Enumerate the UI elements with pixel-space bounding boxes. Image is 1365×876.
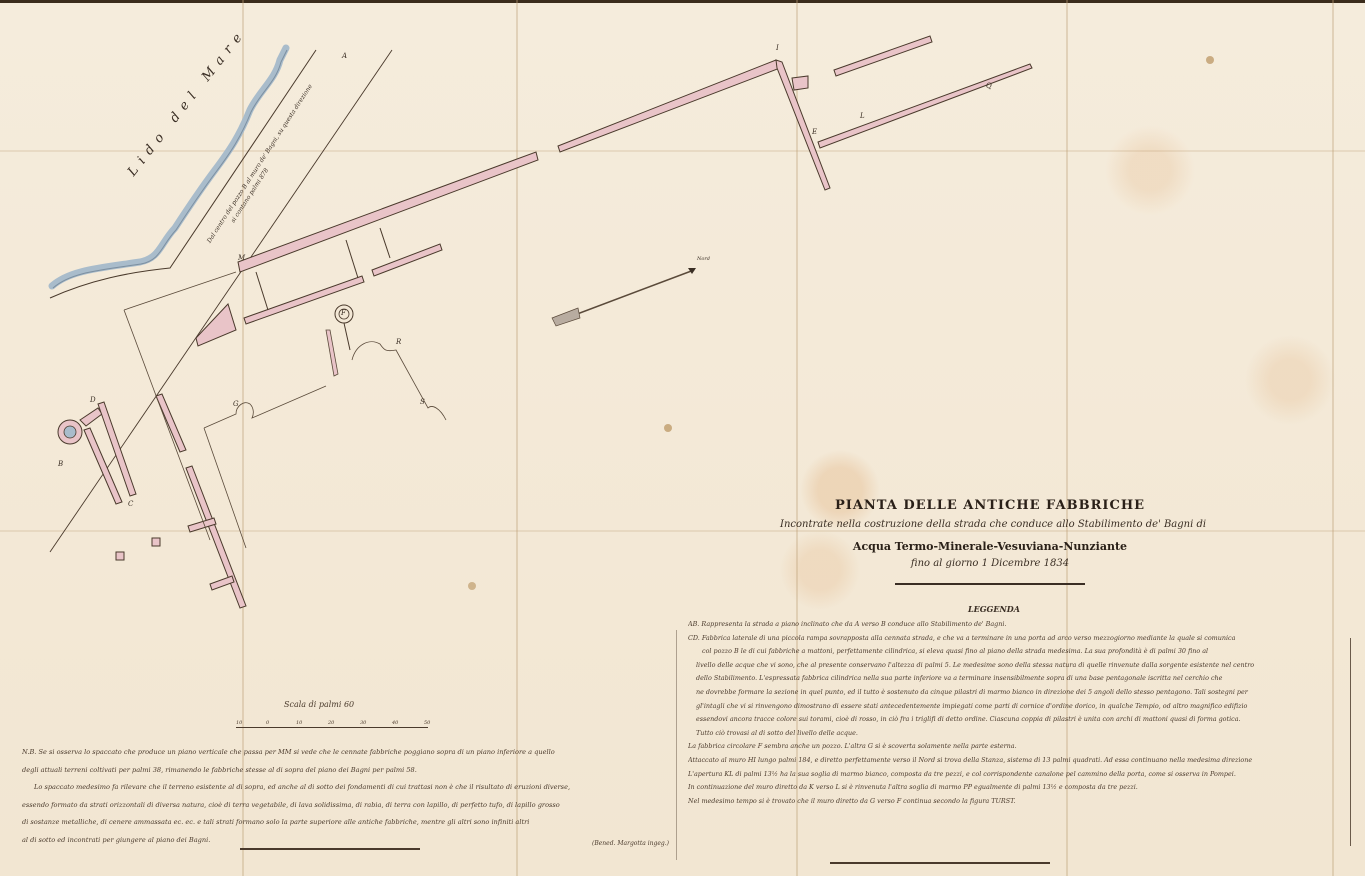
notes-divider xyxy=(240,848,420,850)
point-label-A: A xyxy=(342,52,347,60)
point-label-I: I xyxy=(776,44,779,52)
point-label-F: F xyxy=(341,309,346,317)
legend-entry: col pozzo B le di cui fabbriche a matton… xyxy=(688,645,1348,659)
legend-entry: ne dovrebbe formare la sezione in quel p… xyxy=(688,686,1348,700)
point-label-M: M xyxy=(238,254,245,262)
scale-tick: 10 xyxy=(236,720,242,726)
map-subtitle: Incontrate nella costruzione della strad… xyxy=(780,519,1180,530)
scale-tick: 20 xyxy=(328,720,334,726)
legend-entry: AB. Rappresenta la strada a piano inclin… xyxy=(688,618,1348,632)
point-label-B: B xyxy=(58,460,63,468)
note-line: N.B. Se si osserva lo spaccato che produ… xyxy=(22,744,662,762)
north-arrow-label: Nord xyxy=(697,256,710,262)
note-line: di sostanze metalliche, di cenere ammass… xyxy=(22,814,662,832)
point-label-L: L xyxy=(860,112,865,120)
legend-entry: La fabbrica circolare F sembra anche un … xyxy=(688,740,1348,754)
note-line: al di sotto ed incontrati per giungere a… xyxy=(22,832,662,850)
wall-CD xyxy=(80,402,136,504)
title-divider xyxy=(895,583,1085,585)
signature: (Bened. Margotta ingeg.) xyxy=(592,840,669,847)
legend: AB. Rappresenta la strada a piano inclin… xyxy=(688,618,1348,808)
point-label-S: S xyxy=(420,398,425,406)
point-label-D: D xyxy=(90,396,96,404)
legend-entry: Attaccato al muro HI lungo palmi 184, e … xyxy=(688,754,1348,768)
notes: N.B. Se si osserva lo spaccato che produ… xyxy=(22,744,662,849)
scale-bar xyxy=(236,727,428,728)
legend-entry: essendovi ancora tracce colore sui toram… xyxy=(688,713,1348,727)
legend-entry: dello Stabilimento. L'espressata fabbric… xyxy=(688,672,1348,686)
legend-entry: Tutto ciò trovasi al di sotto del livell… xyxy=(688,727,1348,741)
scale-tick: 40 xyxy=(392,720,398,726)
legend-entry: Nel medesimo tempo si è trovato che il m… xyxy=(688,795,1348,809)
legend-border xyxy=(1350,638,1351,846)
north-arrow-icon xyxy=(552,268,696,326)
scale-tick: 30 xyxy=(360,720,366,726)
legend-entry: gl'intagli che vi si rinvengono dimostra… xyxy=(688,700,1348,714)
map-title: PIANTA DELLE ANTICHE FABBRICHE xyxy=(800,498,1180,513)
legend-entry: CD. Fabbrica laterale di una piccola ram… xyxy=(688,632,1348,646)
point-label-Q: Q xyxy=(986,82,992,90)
scale-tick: 0 xyxy=(266,720,269,726)
wall-HI xyxy=(238,36,1032,272)
map-subtitle-name: Acqua Termo-Minerale-Vesuviana-Nunziante xyxy=(800,540,1180,553)
legend-divider xyxy=(830,862,1050,864)
well-B xyxy=(58,420,82,444)
legend-title: LEGGENDA xyxy=(968,604,1020,614)
legend-entry: livello delle acque che vi sono, che al … xyxy=(688,659,1348,673)
wall-secondary xyxy=(196,228,442,346)
note-line: essendo formato da strati orizzontali di… xyxy=(22,797,662,815)
point-label-C: C xyxy=(128,500,133,508)
coast-line xyxy=(50,50,316,298)
scale-label: Scala di palmi 60 xyxy=(284,700,354,709)
legend-border xyxy=(676,630,677,860)
scale-tick: 10 xyxy=(296,720,302,726)
point-label-E: E xyxy=(812,128,817,136)
point-label-R: R xyxy=(396,338,401,346)
legend-entry: L'apertura KL di palmi 13½ ha la sua sog… xyxy=(688,768,1348,782)
point-label-G: G xyxy=(233,400,239,408)
map-date: fino al giorno 1 Dicembre 1834 xyxy=(800,558,1180,569)
legend-entry: In continuazione del muro diretto da K v… xyxy=(688,781,1348,795)
scale-tick: 50 xyxy=(424,720,430,726)
structure-outline xyxy=(124,272,446,548)
title-block: PIANTA DELLE ANTICHE FABBRICHE Incontrat… xyxy=(800,498,1180,585)
note-line: Lo spaccato medesimo fa rilevare che il … xyxy=(22,779,662,797)
note-line: degli attuali terreni coltivati per palm… xyxy=(22,762,662,780)
